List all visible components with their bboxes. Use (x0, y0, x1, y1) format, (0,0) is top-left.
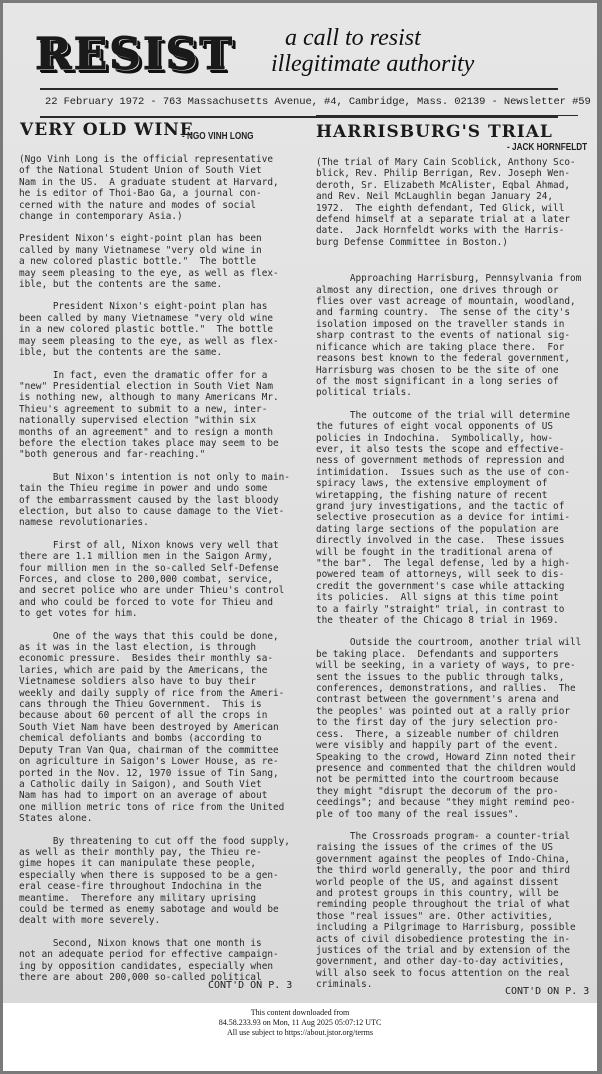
right-article-paragraph: Approaching Harrisburg, Pennsylvania fro… (316, 273, 591, 398)
jstor-footer: This content downloaded from 84.58.233.9… (3, 1008, 597, 1038)
right-article-paragraph: Outside the courtroom, another trial wil… (316, 637, 591, 820)
left-article-byline: - NGO VINH LONG (182, 131, 254, 142)
footer-line-3[interactable]: All use subject to https://about.jstor.o… (3, 1028, 597, 1038)
right-article-body: (The trial of Mary Cain Scoblick, Anthon… (316, 157, 591, 1002)
scanned-newsletter-page: RESIST a call to resist illegitimate aut… (3, 3, 597, 1003)
left-article-paragraph: In fact, even the dramatic offer for a "… (19, 370, 294, 461)
left-article-paragraph: Second, Nixon knows that one month is no… (19, 938, 294, 984)
right-article-intro: (The trial of Mary Cain Scoblick, Anthon… (316, 157, 591, 248)
right-article-headline: HARRISBURG'S TRIAL (316, 122, 553, 142)
left-article-paragraph: One of the ways that this could be done,… (19, 631, 294, 825)
left-article-paragraph: President Nixon's eight-point plan has b… (19, 301, 294, 358)
left-article-paragraph: But Nixon's intention is not only to mai… (19, 472, 294, 529)
left-article-continued: CONT'D ON P. 3 (208, 980, 292, 991)
left-article-headline: VERY OLD WINE (20, 120, 194, 140)
right-article-continued: CONT'D ON P. 3 (505, 986, 589, 997)
right-article-paragraph: The outcome of the trial will determine … (316, 410, 591, 627)
left-article-paragraph: By threatening to cut off the food suppl… (19, 836, 294, 927)
left-article-intro: (Ngo Vinh Long is the official represent… (19, 154, 294, 222)
masthead-logo: RESIST (35, 29, 234, 80)
left-article-paragraph: President Nixon's eight-point plan has b… (19, 233, 294, 290)
page-frame: RESIST a call to resist illegitimate aut… (3, 3, 597, 1071)
right-article-byline: - JACK HORNFELDT (507, 142, 587, 153)
footer-line-2: 84.58.233.93 on Mon, 11 Aug 2025 05:07:1… (3, 1018, 597, 1028)
masthead-tagline: a call to resist illegitimate authority (271, 25, 474, 77)
masthead-rule-top (40, 88, 558, 90)
tagline-line-1: a call to resist (271, 25, 474, 51)
left-article-body: (Ngo Vinh Long is the official represent… (19, 154, 294, 994)
dateline: 22 February 1972 - 763 Massachusetts Ave… (45, 96, 591, 108)
masthead-rule-bottom (40, 116, 558, 118)
tagline-line-2: illegitimate authority (271, 51, 474, 77)
right-article-paragraph: The Crossroads program- a counter-trial … (316, 831, 591, 991)
left-article-paragraph: First of all, Nixon knows very well that… (19, 540, 294, 620)
footer-line-1: This content downloaded from (3, 1008, 597, 1018)
right-column-rule (316, 115, 578, 116)
